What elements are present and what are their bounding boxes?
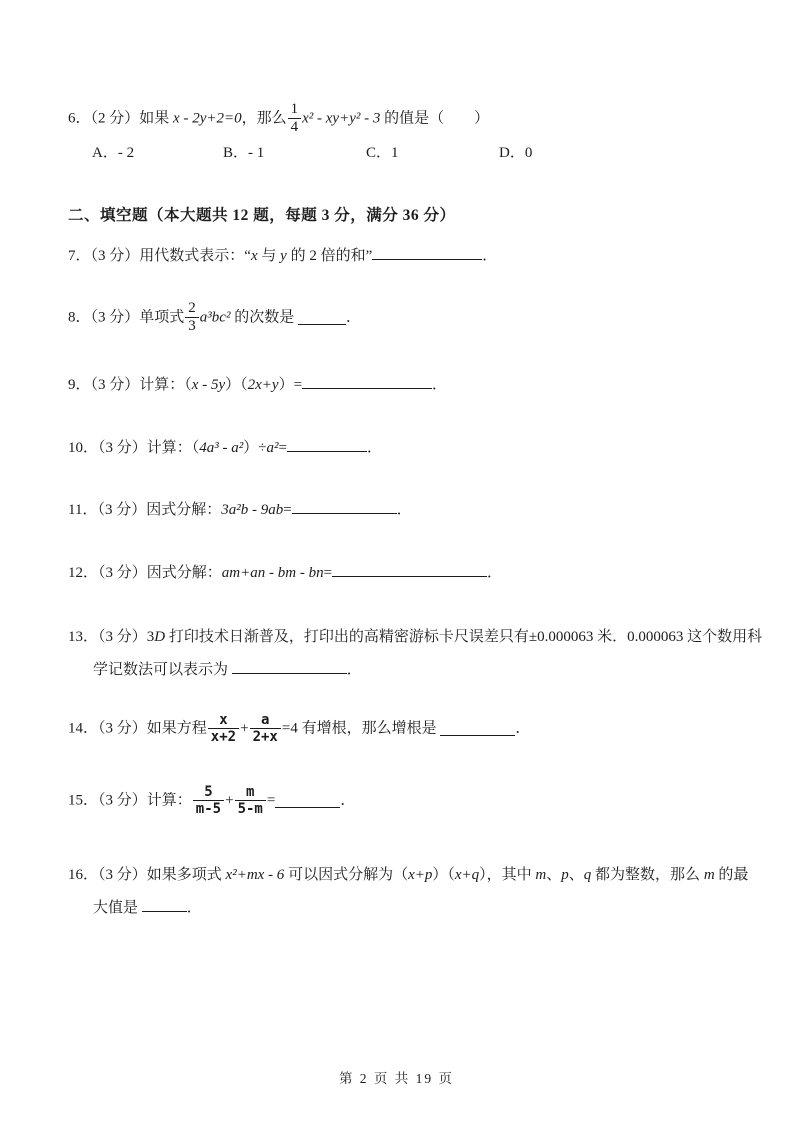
math-expression: x+q: [455, 867, 479, 883]
question-text: 如果: [139, 111, 173, 127]
question-6: 6．（2 分）如果 x - 2y+2=0，那么14x² - xy+y² - 3 …: [68, 98, 489, 139]
fraction-denominator: 5-m: [235, 801, 266, 817]
question-text: 可以因式分解为（: [284, 867, 408, 883]
question-16: 16．（3 分）如果多项式 x²+mx - 6 可以因式分解为（x+p）（x+q…: [68, 859, 748, 925]
math-expression: 2x+y: [248, 377, 279, 393]
fraction-numerator: x: [208, 712, 239, 729]
question-text: 因式分解：: [146, 502, 221, 518]
fraction: 5m-5: [193, 784, 224, 817]
question-line-2: 大值是 ．: [93, 892, 748, 925]
question-text: ．: [347, 662, 362, 678]
question-number: 11．: [68, 502, 97, 518]
answer-blank: [302, 374, 432, 389]
fraction: xx+2: [208, 712, 239, 745]
question-text: ）÷: [243, 440, 266, 456]
question-text: 如果多项式: [147, 867, 226, 883]
question-text: 打印技术日渐普及，打印出的高精密游标卡尺误差只有±0.000063 米．0.00…: [165, 629, 762, 645]
math-expression: 3a²b - 9ab: [221, 502, 283, 518]
math-expression: 4a³ - a²: [199, 440, 243, 456]
question-text: ，那么: [242, 111, 287, 127]
question-line-2: 学记数法可以表示为 ．: [93, 654, 762, 687]
question-text: =: [283, 502, 291, 518]
answer-blank: [232, 659, 347, 674]
math-expression: x - 5y: [192, 377, 225, 393]
question-text: 的 2 倍的和”: [287, 248, 372, 264]
math-expression: x²+mx - 6: [226, 867, 285, 883]
question-9: 9．（3 分）计算：（x - 5y）（2x+y）=．: [68, 374, 447, 396]
question-text: ．: [487, 565, 502, 581]
answer-blank: [292, 499, 397, 514]
question-11: 11．（3 分）因式分解：3a²b - 9ab=．: [68, 499, 412, 521]
question-number: 8．: [68, 310, 91, 326]
question-number: 9．: [68, 377, 91, 393]
question-text: ．: [367, 440, 382, 456]
option-a: A．- 2: [92, 142, 134, 164]
fraction-denominator: x+2: [208, 729, 239, 745]
question-text: ．: [515, 721, 530, 737]
question-number: 6．: [68, 111, 91, 127]
question-number: 10．: [68, 440, 98, 456]
math-expression: x - 2y+2=0: [173, 111, 242, 127]
option-value: 0: [525, 145, 533, 161]
question-text: =: [267, 793, 275, 809]
question-number: 13．: [68, 629, 98, 645]
option-label: D．: [499, 145, 525, 161]
answer-blank: [287, 437, 367, 452]
question-text: 因式分解：: [147, 565, 222, 581]
math-expression: y: [280, 248, 287, 264]
question-text: 计算：: [147, 793, 192, 809]
answer-blank: [440, 721, 515, 736]
question-text: ．: [482, 248, 497, 264]
question-text: ．: [432, 377, 447, 393]
question-score: （3 分）: [98, 793, 147, 809]
question-score: （3 分）: [97, 502, 146, 518]
question-number: 12．: [68, 565, 98, 581]
fraction-numerator: a: [250, 712, 281, 729]
question-text: ．: [340, 793, 355, 809]
question-text: 计算：（: [147, 440, 200, 456]
option-b: B．- 1: [223, 142, 264, 164]
question-15: 15．（3 分）计算：5m-5+m5-m=．: [68, 780, 355, 821]
math-expression: x+p: [408, 867, 432, 883]
math-expression: a³bc²: [200, 310, 231, 326]
question-text: 单项式: [139, 310, 184, 326]
question-text: =: [279, 440, 287, 456]
fraction: 23: [185, 300, 199, 335]
question-number: 15．: [68, 793, 98, 809]
question-score: （3 分）: [98, 867, 147, 883]
question-line-1: 16．（3 分）如果多项式 x²+mx - 6 可以因式分解为（x+p）（x+q…: [68, 859, 748, 892]
answer-blank: [298, 310, 346, 325]
question-text: 、: [569, 867, 584, 883]
question-text: ），其中: [479, 867, 535, 883]
question-text: 大值是: [93, 900, 142, 916]
question-12: 12．（3 分）因式分解：am+an - bm - bn=．: [68, 562, 502, 584]
question-text: ）（: [432, 867, 455, 883]
math-expression: a²: [267, 440, 279, 456]
question-score: （2 分）: [91, 111, 140, 127]
fraction: m5-m: [235, 784, 266, 817]
question-score: （3 分）: [91, 310, 140, 326]
math-expression: p: [561, 867, 569, 883]
option-label: B．: [223, 145, 248, 161]
fraction-denominator: m-5: [193, 801, 224, 817]
question-text: 计算：（: [139, 377, 192, 393]
document-page: 6．（2 分）如果 x - 2y+2=0，那么14x² - xy+y² - 3 …: [0, 0, 793, 1122]
answer-blank: [372, 245, 482, 260]
question-13: 13．（3 分）3D 打印技术日渐普及，打印出的高精密游标卡尺误差只有±0.00…: [68, 621, 762, 687]
option-value: - 2: [118, 145, 134, 161]
question-number: 16．: [68, 867, 98, 883]
fraction: 14: [288, 101, 302, 136]
fraction-denominator: 4: [288, 119, 302, 136]
question-text: ）（: [225, 377, 248, 393]
question-score: （3 分）: [91, 248, 140, 264]
question-text: ．: [397, 502, 412, 518]
option-label: C．: [366, 145, 391, 161]
math-expression: m: [704, 867, 715, 883]
question-text: 都为整数，那么: [591, 867, 704, 883]
question-text: 用代数式表示：“: [139, 248, 251, 264]
math-expression: D: [154, 629, 165, 645]
question-text: =4 有增根，那么增根是: [282, 721, 440, 737]
question-number: 7．: [68, 248, 91, 264]
question-score: （3 分）: [91, 377, 140, 393]
page-footer: 第 2 页 共 19 页: [0, 1068, 793, 1090]
option-c: C．1: [366, 142, 399, 164]
fraction-numerator: m: [235, 784, 266, 801]
question-score: （3 分）: [98, 721, 147, 737]
answer-blank: [142, 897, 187, 912]
plus-operator: +: [240, 721, 248, 737]
section-title: 二、填空题（本大题共 12 题，每题 3 分，满分 36 分）: [68, 205, 456, 227]
question-text: 的最: [715, 867, 749, 883]
math-expression: x: [251, 248, 258, 264]
question-score: （3 分）: [98, 440, 147, 456]
fraction-denominator: 2+x: [250, 729, 281, 745]
fraction-numerator: 5: [193, 784, 224, 801]
math-expression: m: [535, 867, 546, 883]
math-expression: am+an - bm - bn: [222, 565, 324, 581]
answer-blank: [332, 562, 487, 577]
question-text: ．: [346, 310, 361, 326]
question-text: 如果方程: [147, 721, 207, 737]
answer-blank: [275, 793, 340, 808]
fraction: a2+x: [250, 712, 281, 745]
question-text: 的值是（ ）: [380, 111, 489, 127]
fraction-numerator: 1: [288, 101, 302, 119]
question-text: ）=: [279, 377, 302, 393]
option-value: - 1: [248, 145, 264, 161]
option-label: A．: [92, 145, 118, 161]
option-value: 1: [391, 145, 399, 161]
question-score: （3 分）: [98, 565, 147, 581]
question-14: 14．（3 分）如果方程xx+2+a2+x=4 有增根，那么增根是 ．: [68, 708, 530, 749]
question-text: 、: [546, 867, 561, 883]
plus-operator: +: [225, 793, 233, 809]
question-score: （3 分）: [98, 629, 147, 645]
question-text: 学记数法可以表示为: [93, 662, 232, 678]
option-d: D．0: [499, 142, 532, 164]
math-expression: x² - xy+y² - 3: [302, 111, 380, 127]
question-text: ．: [187, 900, 202, 916]
question-8: 8．（3 分）单项式23a³bc² 的次数是 ．: [68, 297, 361, 338]
fraction-numerator: 2: [185, 300, 199, 318]
question-number: 14．: [68, 721, 98, 737]
question-10: 10．（3 分）计算：（4a³ - a²）÷a²=．: [68, 437, 382, 459]
fraction-denominator: 3: [185, 318, 199, 335]
question-text: 的次数是: [230, 310, 298, 326]
question-7: 7．（3 分）用代数式表示：“x 与 y 的 2 倍的和”．: [68, 245, 497, 267]
question-line-1: 13．（3 分）3D 打印技术日渐普及，打印出的高精密游标卡尺误差只有±0.00…: [68, 621, 762, 654]
question-text: 与: [258, 248, 281, 264]
question-text: =: [324, 565, 332, 581]
options-row: A．- 2 B．- 1 C．1 D．0: [0, 142, 793, 164]
